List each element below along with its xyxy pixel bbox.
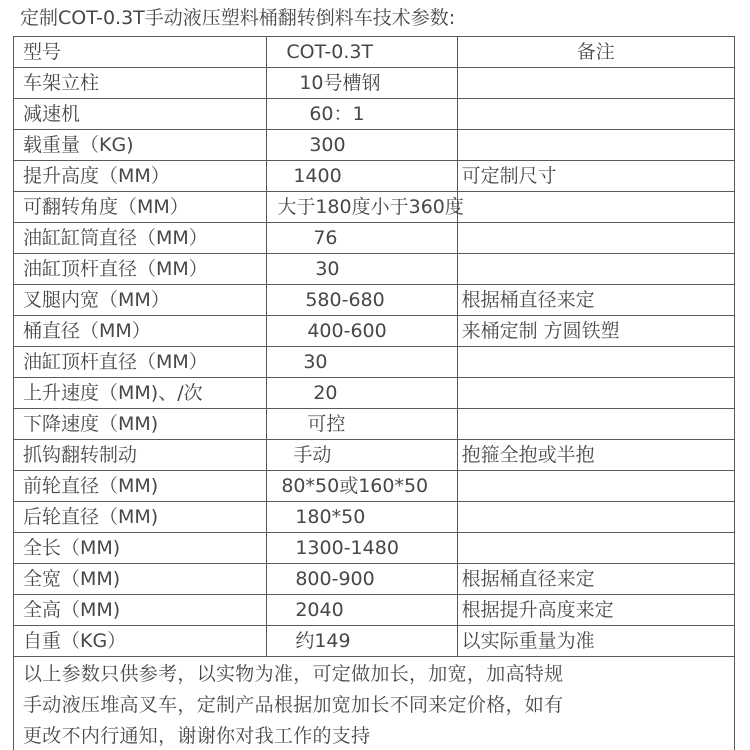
spec-note: 抱箍全抱或半抱 <box>457 440 734 471</box>
spec-value-cell: 大于180度小于360度 <box>267 192 457 223</box>
spec-note <box>457 223 734 254</box>
spec-value-cell: 180*50 <box>267 502 457 533</box>
spec-value-cell: 约149 <box>267 626 457 657</box>
spec-note <box>457 99 734 130</box>
spec-name: 自重（KG） <box>14 626 267 657</box>
table-row: 桶直径（MM）400-600来桶定制 方圆铁塑 <box>14 316 735 347</box>
spec-value: 约149 <box>295 626 350 656</box>
spec-note <box>457 533 734 564</box>
spec-name: 载重量（KG) <box>14 130 267 161</box>
header-model-value-text: COT-0.3T <box>286 37 373 67</box>
spec-note: 根据桶直径来定 <box>457 564 734 595</box>
spec-note: 以实际重量为准 <box>457 626 734 657</box>
header-model-label: 型号 <box>14 37 267 68</box>
spec-note <box>457 68 734 99</box>
spec-value: 300 <box>309 130 345 160</box>
spec-name: 上升速度（MM)、/次 <box>14 378 267 409</box>
spec-name: 抓钩翻转制动 <box>14 440 267 471</box>
spec-value: 580-680 <box>305 285 384 315</box>
spec-value: 10号槽钢 <box>299 68 380 98</box>
footer-line: 手动液压堆高叉车，定制产品根据加宽加长不同来定价格，如有 <box>23 690 734 721</box>
spec-note: 来桶定制 方圆铁塑 <box>457 316 734 347</box>
spec-note <box>457 192 734 223</box>
spec-name: 全长（MM) <box>14 533 267 564</box>
spec-value: 80*50或160*50 <box>281 471 428 501</box>
table-row: 全长（MM)1300-1480 <box>14 533 735 564</box>
table-header-row: 型号 COT-0.3T 备注 <box>14 37 735 68</box>
spec-value: 180*50 <box>295 502 365 532</box>
spec-name: 车架立柱 <box>14 68 267 99</box>
table-row: 上升速度（MM)、/次20 <box>14 378 735 409</box>
spec-value: 2040 <box>295 595 343 625</box>
spec-name: 下降速度（MM) <box>14 409 267 440</box>
table-row: 油缸顶杆直径（MM）30 <box>14 347 735 378</box>
header-note-label: 备注 <box>457 37 734 68</box>
spec-note: 根据提升高度来定 <box>457 595 734 626</box>
spec-value-cell: 80*50或160*50 <box>267 471 457 502</box>
spec-value: 1400 <box>293 161 341 191</box>
spec-value-cell: 20 <box>267 378 457 409</box>
spec-name: 减速机 <box>14 99 267 130</box>
spec-note <box>457 471 734 502</box>
spec-name: 全宽（MM) <box>14 564 267 595</box>
spec-value: 800-900 <box>295 564 374 594</box>
footer-line: 以上参数只供参考，以实物为准，可定做加长，加宽，加高特规 <box>23 659 734 690</box>
spec-value: 60：1 <box>309 99 364 129</box>
table-row: 抓钩翻转制动手动抱箍全抱或半抱 <box>14 440 735 471</box>
table-row: 前轮直径（MM)80*50或160*50 <box>14 471 735 502</box>
spec-value-cell: 手动 <box>267 440 457 471</box>
spec-value-cell: 800-900 <box>267 564 457 595</box>
footer-line: 更改不内行通知，谢谢你对我工作的支持 <box>23 721 734 750</box>
spec-value-cell: 30 <box>267 254 457 285</box>
spec-value-cell: 400-600 <box>267 316 457 347</box>
table-row: 减速机60：1 <box>14 99 735 130</box>
spec-value-cell: 1400 <box>267 161 457 192</box>
spec-value: 20 <box>313 378 337 408</box>
table-row: 自重（KG）约149以实际重量为准 <box>14 626 735 657</box>
spec-value-cell: 60：1 <box>267 99 457 130</box>
spec-value: 手动 <box>293 440 331 470</box>
spec-value: 400-600 <box>307 316 386 346</box>
spec-name: 可翻转角度（MM） <box>14 192 267 223</box>
spec-value: 可控 <box>307 409 345 439</box>
spec-name: 全高（MM) <box>14 595 267 626</box>
spec-table: 型号 COT-0.3T 备注 车架立柱10号槽钢减速机60：1载重量（KG)30… <box>13 36 735 750</box>
table-row: 油缸缸筒直径（MM）76 <box>14 223 735 254</box>
table-row: 下降速度（MM)可控 <box>14 409 735 440</box>
spec-name: 提升高度（MM） <box>14 161 267 192</box>
footer-note: 以上参数只供参考，以实物为准，可定做加长，加宽，加高特规手动液压堆高叉车，定制产… <box>14 657 735 750</box>
spec-note <box>457 347 734 378</box>
spec-value: 30 <box>315 254 339 284</box>
spec-name: 前轮直径（MM) <box>14 471 267 502</box>
table-row: 全高（MM)2040根据提升高度来定 <box>14 595 735 626</box>
spec-note <box>457 409 734 440</box>
spec-name: 叉腿内宽（MM） <box>14 285 267 316</box>
spec-value-cell: 10号槽钢 <box>267 68 457 99</box>
table-row: 提升高度（MM）1400可定制尺寸 <box>14 161 735 192</box>
spec-value-cell: 300 <box>267 130 457 161</box>
table-row: 叉腿内宽（MM）580-680根据桶直径来定 <box>14 285 735 316</box>
spec-note <box>457 130 734 161</box>
spec-note <box>457 254 734 285</box>
document-title: 定制COT-0.3T手动液压塑料桶翻转倒料车技术参数: <box>20 4 455 32</box>
table-row: 全宽（MM)800-900根据桶直径来定 <box>14 564 735 595</box>
footer-row: 以上参数只供参考，以实物为准，可定做加长，加宽，加高特规手动液压堆高叉车，定制产… <box>14 657 735 750</box>
spec-note <box>457 378 734 409</box>
spec-name: 桶直径（MM） <box>14 316 267 347</box>
spec-value-cell: 2040 <box>267 595 457 626</box>
spec-value: 30 <box>303 347 327 377</box>
spec-note: 可定制尺寸 <box>457 161 734 192</box>
spec-name: 油缸顶杆直径（MM） <box>14 254 267 285</box>
table-row: 油缸顶杆直径（MM）30 <box>14 254 735 285</box>
header-model-value: COT-0.3T <box>267 37 457 68</box>
spec-value: 大于180度小于360度 <box>277 192 464 222</box>
table-row: 载重量（KG)300 <box>14 130 735 161</box>
spec-note <box>457 502 734 533</box>
spec-name: 油缸顶杆直径（MM） <box>14 347 267 378</box>
spec-value-cell: 30 <box>267 347 457 378</box>
spec-value-cell: 76 <box>267 223 457 254</box>
spec-value-cell: 可控 <box>267 409 457 440</box>
spec-value: 1300-1480 <box>295 533 399 563</box>
table-row: 后轮直径（MM)180*50 <box>14 502 735 533</box>
spec-value: 76 <box>313 223 337 253</box>
spec-value-cell: 580-680 <box>267 285 457 316</box>
table-row: 可翻转角度（MM）大于180度小于360度 <box>14 192 735 223</box>
spec-name: 后轮直径（MM) <box>14 502 267 533</box>
spec-name: 油缸缸筒直径（MM） <box>14 223 267 254</box>
table-row: 车架立柱10号槽钢 <box>14 68 735 99</box>
spec-value-cell: 1300-1480 <box>267 533 457 564</box>
spec-note: 根据桶直径来定 <box>457 285 734 316</box>
